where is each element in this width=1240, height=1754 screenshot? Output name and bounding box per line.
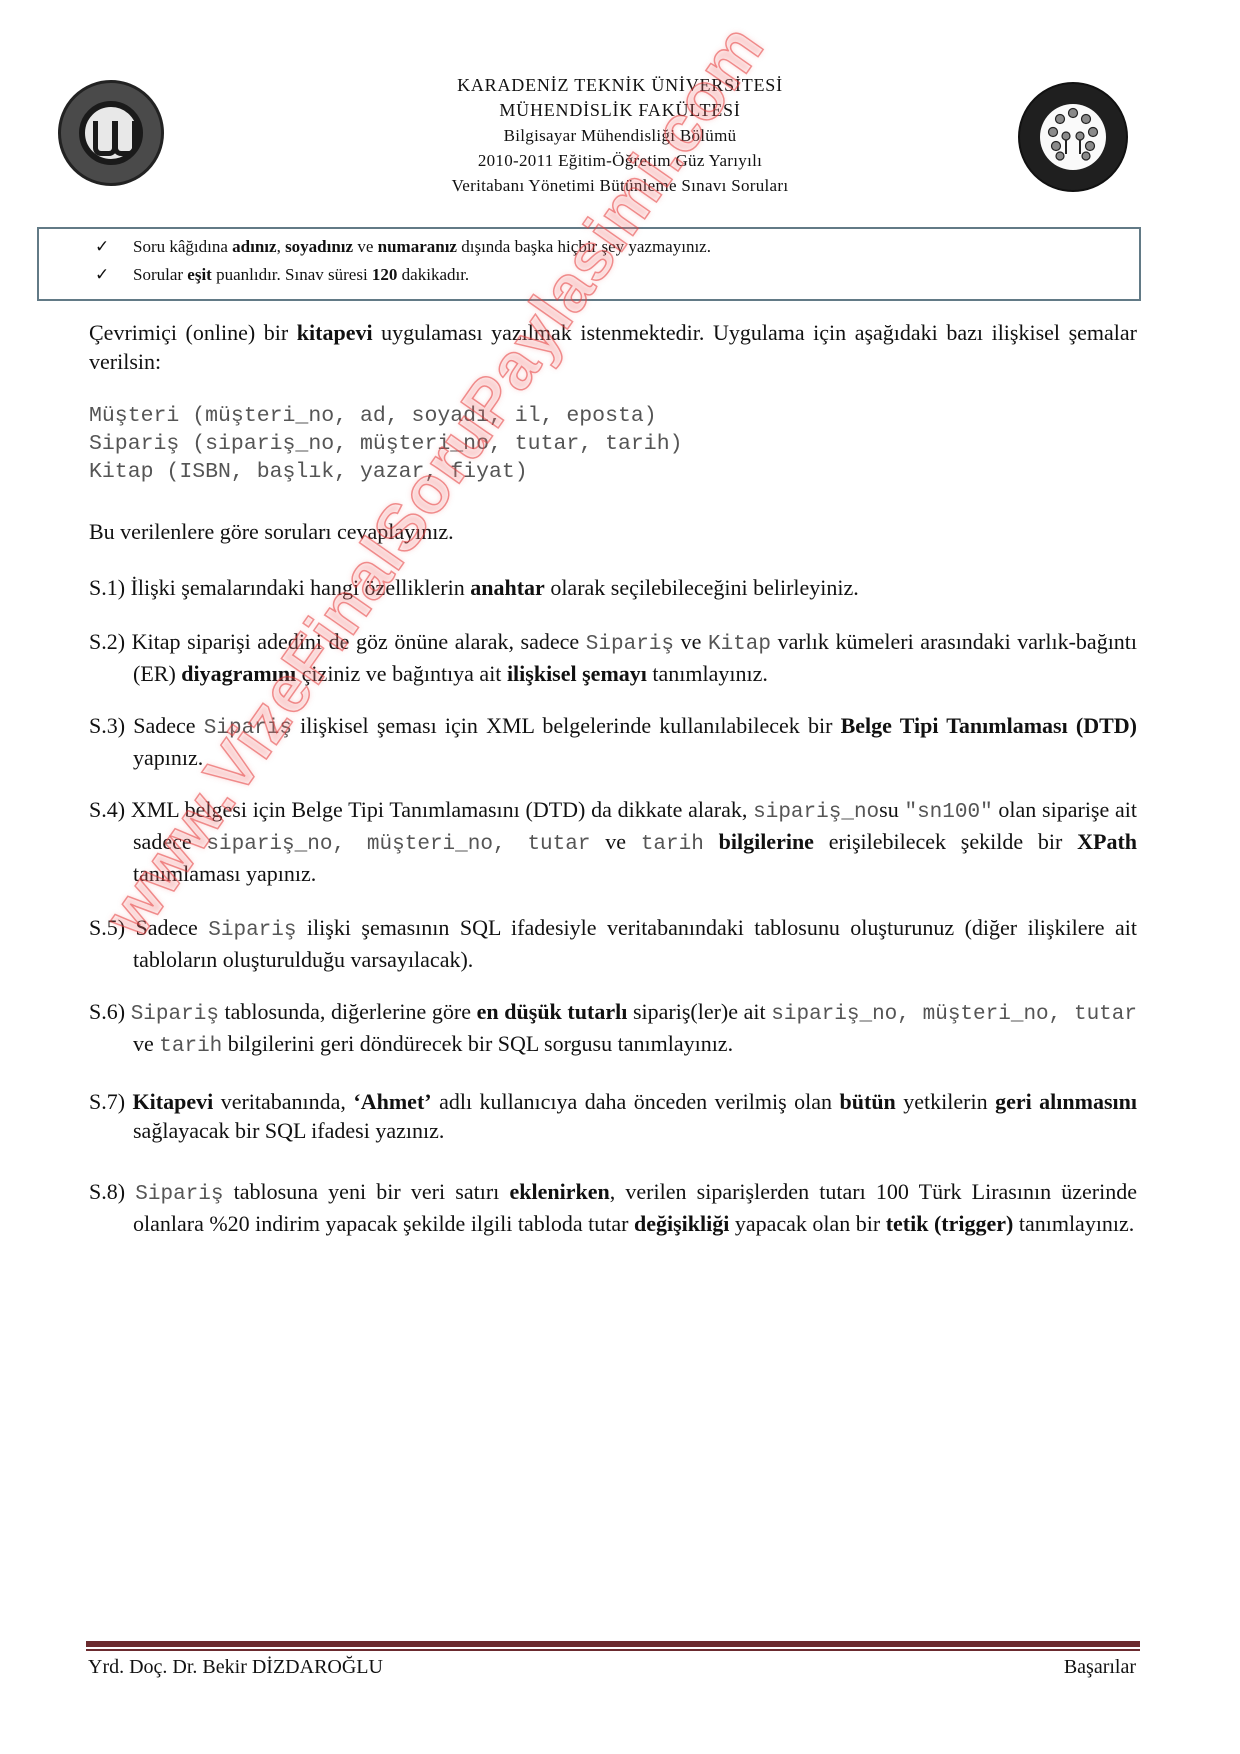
schema-list: Müşteri (müşteri_no, ad, soyadı, il, epo…	[89, 402, 1137, 486]
schema-musteri: Müşteri (müşteri_no, ad, soyadı, il, epo…	[89, 402, 1137, 430]
instruction: Bu verilenlere göre soruları cevaplayını…	[89, 517, 1137, 546]
rule-text: Sorular eşit puanlıdır. Sınav süresi 120…	[133, 265, 469, 284]
question-5: S.5) Sadece Sipariş ilişki şemasının SQL…	[89, 913, 1137, 974]
department-seal-icon	[1020, 84, 1126, 190]
checkmark-icon: ✓	[95, 237, 133, 257]
intro-paragraph: Çevrimiçi (online) bir kitapevi uygulama…	[89, 318, 1137, 376]
department-logo	[1018, 82, 1128, 192]
question-8: S.8) Sipariş tablosuna yeni bir veri sat…	[89, 1177, 1137, 1238]
footer-divider-thin	[86, 1649, 1140, 1651]
question-3: S.3) Sadece Sipariş ilişkisel şeması içi…	[89, 711, 1137, 772]
exam-rules-box: ✓Soru kâğıdına adınız, soyadınız ve numa…	[37, 227, 1141, 301]
question-7: S.7) Kitapevi veritabanında, ‘Ahmet’ adl…	[89, 1087, 1137, 1145]
footer-author: Yrd. Doç. Dr. Bekir DİZDAROĞLU	[88, 1656, 383, 1679]
question-1: S.1) İlişki şemalarındaki hangi özellikl…	[89, 573, 1137, 602]
question-2: S.2) Kitap siparişi adedini de göz önüne…	[89, 627, 1137, 688]
question-4: S.4) XML belgesi için Belge Tipi Tanımla…	[89, 795, 1137, 888]
checkmark-icon: ✓	[95, 265, 133, 285]
rule-item: ✓Soru kâğıdına adınız, soyadınız ve numa…	[95, 237, 711, 257]
rule-text: Soru kâğıdına adınız, soyadınız ve numar…	[133, 237, 711, 256]
logo-glyph-right	[113, 121, 137, 156]
term: 2010-2011 Eğitim-Öğretim Güz Yarıyılı	[300, 148, 940, 173]
exam-title: Veritabanı Yönetimi Bütünleme Sınavı Sor…	[300, 173, 940, 198]
schema-siparis: Sipariş (sipariş_no, müşteri_no, tutar, …	[89, 430, 1137, 458]
footer-closing: Başarılar	[1064, 1656, 1136, 1679]
university-name: KARADENİZ TEKNİK ÜNİVERSİTESİ	[300, 73, 940, 98]
document-header: KARADENİZ TEKNİK ÜNİVERSİTESİ MÜHENDİSLİ…	[300, 73, 940, 198]
schema-kitap: Kitap (ISBN, başlık, yazar, fiyat)	[89, 458, 1137, 486]
university-logo	[58, 80, 164, 186]
question-6: S.6) Sipariş tablosunda, diğerlerine gör…	[89, 997, 1137, 1061]
department-name: Bilgisayar Mühendisliği Bölümü	[300, 123, 940, 148]
footer-divider	[86, 1641, 1140, 1647]
faculty-name: MÜHENDİSLİK FAKÜLTESİ	[300, 98, 940, 123]
rule-item: ✓Sorular eşit puanlıdır. Sınav süresi 12…	[95, 265, 469, 285]
